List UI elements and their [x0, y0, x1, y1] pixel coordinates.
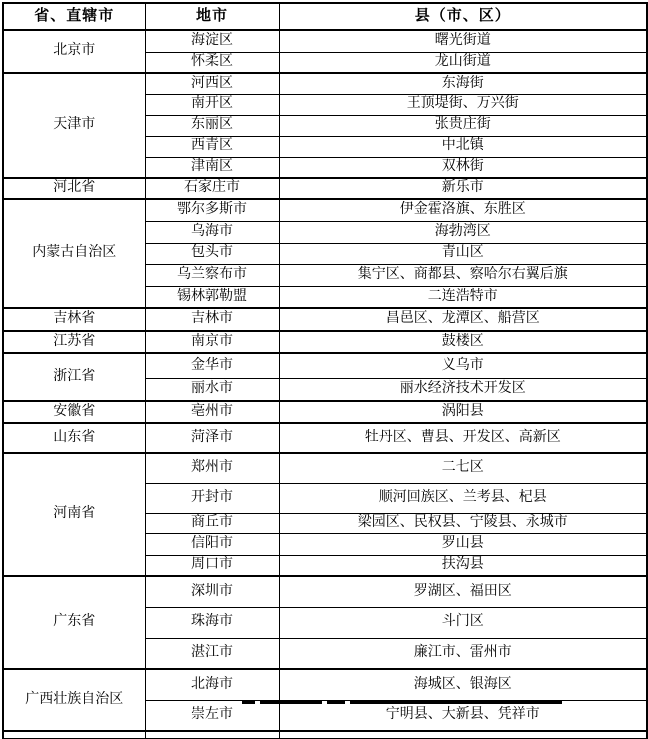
counties-cell: 丽水经济技术开发区 — [279, 378, 647, 401]
province-cell: 吉林省 — [3, 308, 145, 331]
city-cell: 信阳市 — [145, 533, 279, 555]
counties-cell: 扶沟县 — [279, 555, 647, 576]
city-cell: 河西区 — [145, 73, 279, 94]
city-cell: 郑州市 — [145, 453, 279, 483]
counties-cell: 二连浩特市 — [279, 286, 647, 308]
city-cell — [145, 731, 279, 739]
counties-cell: 二七区 — [279, 453, 647, 483]
city-cell: 乌海市 — [145, 221, 279, 243]
city-cell: 亳州市 — [145, 401, 279, 423]
table-row: 广东省 深圳市 罗湖区、福田区 — [3, 576, 647, 607]
counties-cell: 罗山县 — [279, 533, 647, 555]
table-row: 吉林省 吉林市 昌邑区、龙潭区、船营区 — [3, 308, 647, 331]
counties-cell: 斗门区 — [279, 607, 647, 638]
province-cell: 广西壮族自治区 — [3, 669, 145, 731]
city-cell: 南京市 — [145, 331, 279, 353]
ink-smudge-artifact — [260, 700, 322, 704]
table-row: 浙江省 金华市 义乌市 — [3, 353, 647, 378]
table-row: 广西壮族自治区 北海市 海城区、银海区 — [3, 669, 647, 700]
counties-cell: 昌邑区、龙潭区、船营区 — [279, 308, 647, 331]
city-cell: 开封市 — [145, 483, 279, 513]
ink-smudge-artifact — [327, 700, 345, 704]
counties-cell: 双林街 — [279, 157, 647, 178]
city-cell: 鄂尔多斯市 — [145, 199, 279, 221]
counties-cell: 鼓楼区 — [279, 331, 647, 353]
admin-divisions-table: 省、直辖市 地市 县（市、区） 北京市 海淀区 曙光街道 怀柔区 龙山街道 天津… — [2, 2, 648, 739]
counties-cell: 牡丹区、曹县、开发区、高新区 — [279, 423, 647, 453]
counties-cell: 青山区 — [279, 243, 647, 264]
counties-cell: 曙光街道 — [279, 30, 647, 52]
city-cell: 北海市 — [145, 669, 279, 700]
city-cell: 海淀区 — [145, 30, 279, 52]
header-row: 省、直辖市 地市 县（市、区） — [3, 3, 647, 30]
col-header-city: 地市 — [145, 3, 279, 30]
city-cell: 菏泽市 — [145, 423, 279, 453]
counties-cell: 梁园区、民权县、宁陵县、永城市 — [279, 513, 647, 533]
counties-cell: 伊金霍洛旗、东胜区 — [279, 199, 647, 221]
province-cell: 河南省 — [3, 453, 145, 576]
counties-cell: 涡阳县 — [279, 401, 647, 423]
counties-cell: 张贵庄街 — [279, 115, 647, 136]
counties-cell: 东海街 — [279, 73, 647, 94]
province-cell: 山东省 — [3, 423, 145, 453]
counties-cell — [279, 731, 647, 739]
city-cell: 湛江市 — [145, 638, 279, 669]
province-cell: 河北省 — [3, 178, 145, 199]
page: 省、直辖市 地市 县（市、区） 北京市 海淀区 曙光街道 怀柔区 龙山街道 天津… — [0, 0, 648, 739]
col-header-province: 省、直辖市 — [3, 3, 145, 30]
ink-smudge-artifact — [242, 700, 255, 704]
table-row: 江苏省 南京市 鼓楼区 — [3, 331, 647, 353]
city-cell: 珠海市 — [145, 607, 279, 638]
counties-cell: 中北镇 — [279, 136, 647, 157]
city-cell: 东丽区 — [145, 115, 279, 136]
table-row-partial — [3, 731, 647, 739]
city-cell: 津南区 — [145, 157, 279, 178]
province-cell: 广东省 — [3, 576, 145, 669]
city-cell: 周口市 — [145, 555, 279, 576]
counties-cell: 义乌市 — [279, 353, 647, 378]
city-cell: 商丘市 — [145, 513, 279, 533]
table-row: 北京市 海淀区 曙光街道 — [3, 30, 647, 52]
city-cell: 深圳市 — [145, 576, 279, 607]
counties-cell: 王顶堤街、万兴街 — [279, 94, 647, 115]
province-cell: 浙江省 — [3, 353, 145, 401]
col-header-county: 县（市、区） — [279, 3, 647, 30]
counties-cell: 集宁区、商都县、察哈尔右翼后旗 — [279, 264, 647, 286]
counties-cell: 龙山街道 — [279, 52, 647, 73]
city-cell: 西青区 — [145, 136, 279, 157]
table-row: 山东省 菏泽市 牡丹区、曹县、开发区、高新区 — [3, 423, 647, 453]
city-cell: 崇左市 — [145, 700, 279, 731]
province-cell: 安徽省 — [3, 401, 145, 423]
city-cell: 怀柔区 — [145, 52, 279, 73]
counties-cell: 罗湖区、福田区 — [279, 576, 647, 607]
province-cell: 北京市 — [3, 30, 145, 73]
city-cell: 石家庄市 — [145, 178, 279, 199]
city-cell: 金华市 — [145, 353, 279, 378]
table-row: 内蒙古自治区 鄂尔多斯市 伊金霍洛旗、东胜区 — [3, 199, 647, 221]
counties-cell: 宁明县、大新县、凭祥市 — [279, 700, 647, 731]
province-cell: 天津市 — [3, 73, 145, 178]
province-cell: 江苏省 — [3, 331, 145, 353]
table-row: 天津市 河西区 东海街 — [3, 73, 647, 94]
counties-cell: 海勃湾区 — [279, 221, 647, 243]
city-cell: 南开区 — [145, 94, 279, 115]
counties-cell: 顺河回族区、兰考县、杞县 — [279, 483, 647, 513]
province-cell — [3, 731, 145, 739]
city-cell: 锡林郭勒盟 — [145, 286, 279, 308]
city-cell: 乌兰察布市 — [145, 264, 279, 286]
city-cell: 丽水市 — [145, 378, 279, 401]
city-cell: 吉林市 — [145, 308, 279, 331]
table-row: 河北省 石家庄市 新乐市 — [3, 178, 647, 199]
table-row: 安徽省 亳州市 涡阳县 — [3, 401, 647, 423]
counties-cell: 新乐市 — [279, 178, 647, 199]
city-cell: 包头市 — [145, 243, 279, 264]
counties-cell: 廉江市、雷州市 — [279, 638, 647, 669]
ink-smudge-artifact — [350, 700, 562, 704]
table-row: 河南省 郑州市 二七区 — [3, 453, 647, 483]
province-cell: 内蒙古自治区 — [3, 199, 145, 308]
counties-cell: 海城区、银海区 — [279, 669, 647, 700]
